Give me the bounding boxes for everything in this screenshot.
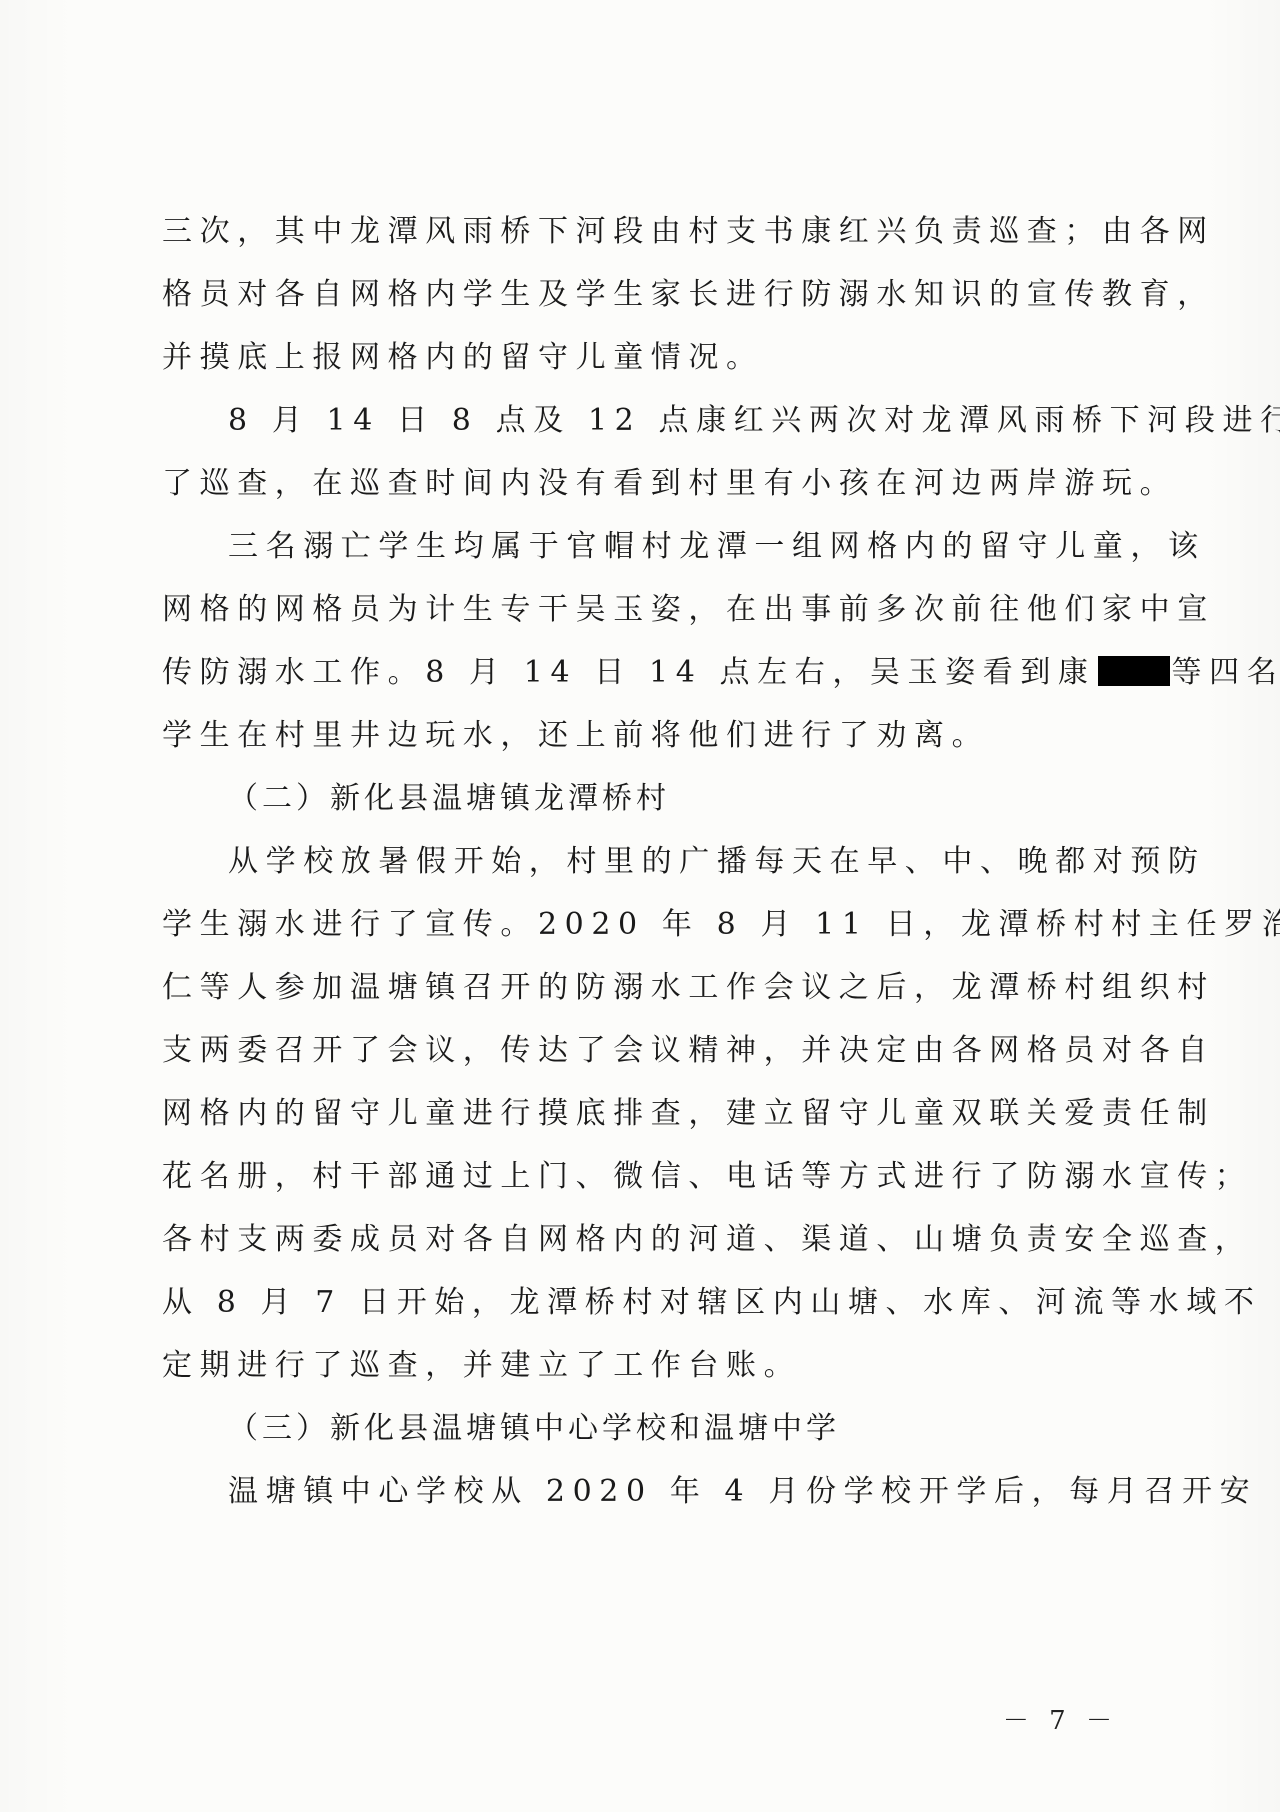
- text-line: 从学校放暑假开始，村里的广播每天在早、中、晚都对预防: [162, 830, 1120, 893]
- text-line: 8 月 14 日 8 点及 12 点康红兴两次对龙潭风雨桥下河段进行: [162, 389, 1120, 452]
- text-line: 学生溺水进行了宣传。2020 年 8 月 11 日，龙潭桥村村主任罗治: [162, 893, 1120, 956]
- document-body: 三次，其中龙潭风雨桥下河段由村支书康红兴负责巡查；由各网 格员对各自网格内学生及…: [162, 200, 1120, 1523]
- redaction-block: [1098, 656, 1170, 686]
- section-heading: （三）新化县温塘镇中心学校和温塘中学: [162, 1397, 1120, 1460]
- text-line: 花名册，村干部通过上门、微信、电话等方式进行了防溺水宣传；: [162, 1145, 1120, 1208]
- text-segment: 传防溺水工作。8 月 14 日 14 点左右，吴玉姿看到康: [162, 655, 1096, 690]
- text-line: 了巡查，在巡查时间内没有看到村里有小孩在河边两岸游玩。: [162, 452, 1120, 515]
- text-line: 网格的网格员为计生专干吴玉姿，在出事前多次前往他们家中宣: [162, 578, 1120, 641]
- text-line: 并摸底上报网格内的留守儿童情况。: [162, 326, 1120, 389]
- text-line: 各村支两委成员对各自网格内的河道、渠道、山塘负责安全巡查，: [162, 1208, 1120, 1271]
- text-line-with-redaction: 传防溺水工作。8 月 14 日 14 点左右，吴玉姿看到康等四名: [162, 641, 1120, 704]
- document-page: 三次，其中龙潭风雨桥下河段由村支书康红兴负责巡查；由各网 格员对各自网格内学生及…: [0, 0, 1280, 1812]
- page-number: － 7 －: [1003, 1700, 1118, 1737]
- text-line: 支两委召开了会议，传达了会议精神，并决定由各网格员对各自: [162, 1019, 1120, 1082]
- text-line: 三次，其中龙潭风雨桥下河段由村支书康红兴负责巡查；由各网: [162, 200, 1120, 263]
- text-segment: 等四名: [1172, 655, 1280, 690]
- section-heading: （二）新化县温塘镇龙潭桥村: [162, 767, 1120, 830]
- text-line: 三名溺亡学生均属于官帽村龙潭一组网格内的留守儿童，该: [162, 515, 1120, 578]
- text-line: 格员对各自网格内学生及学生家长进行防溺水知识的宣传教育，: [162, 263, 1120, 326]
- text-line: 从 8 月 7 日开始，龙潭桥村对辖区内山塘、水库、河流等水域不: [162, 1271, 1120, 1334]
- text-line: 温塘镇中心学校从 2020 年 4 月份学校开学后，每月召开安: [162, 1460, 1120, 1523]
- text-line: 定期进行了巡查，并建立了工作台账。: [162, 1334, 1120, 1397]
- text-line: 学生在村里井边玩水，还上前将他们进行了劝离。: [162, 704, 1120, 767]
- text-line: 网格内的留守儿童进行摸底排查，建立留守儿童双联关爱责任制: [162, 1082, 1120, 1145]
- text-line: 仁等人参加温塘镇召开的防溺水工作会议之后，龙潭桥村组织村: [162, 956, 1120, 1019]
